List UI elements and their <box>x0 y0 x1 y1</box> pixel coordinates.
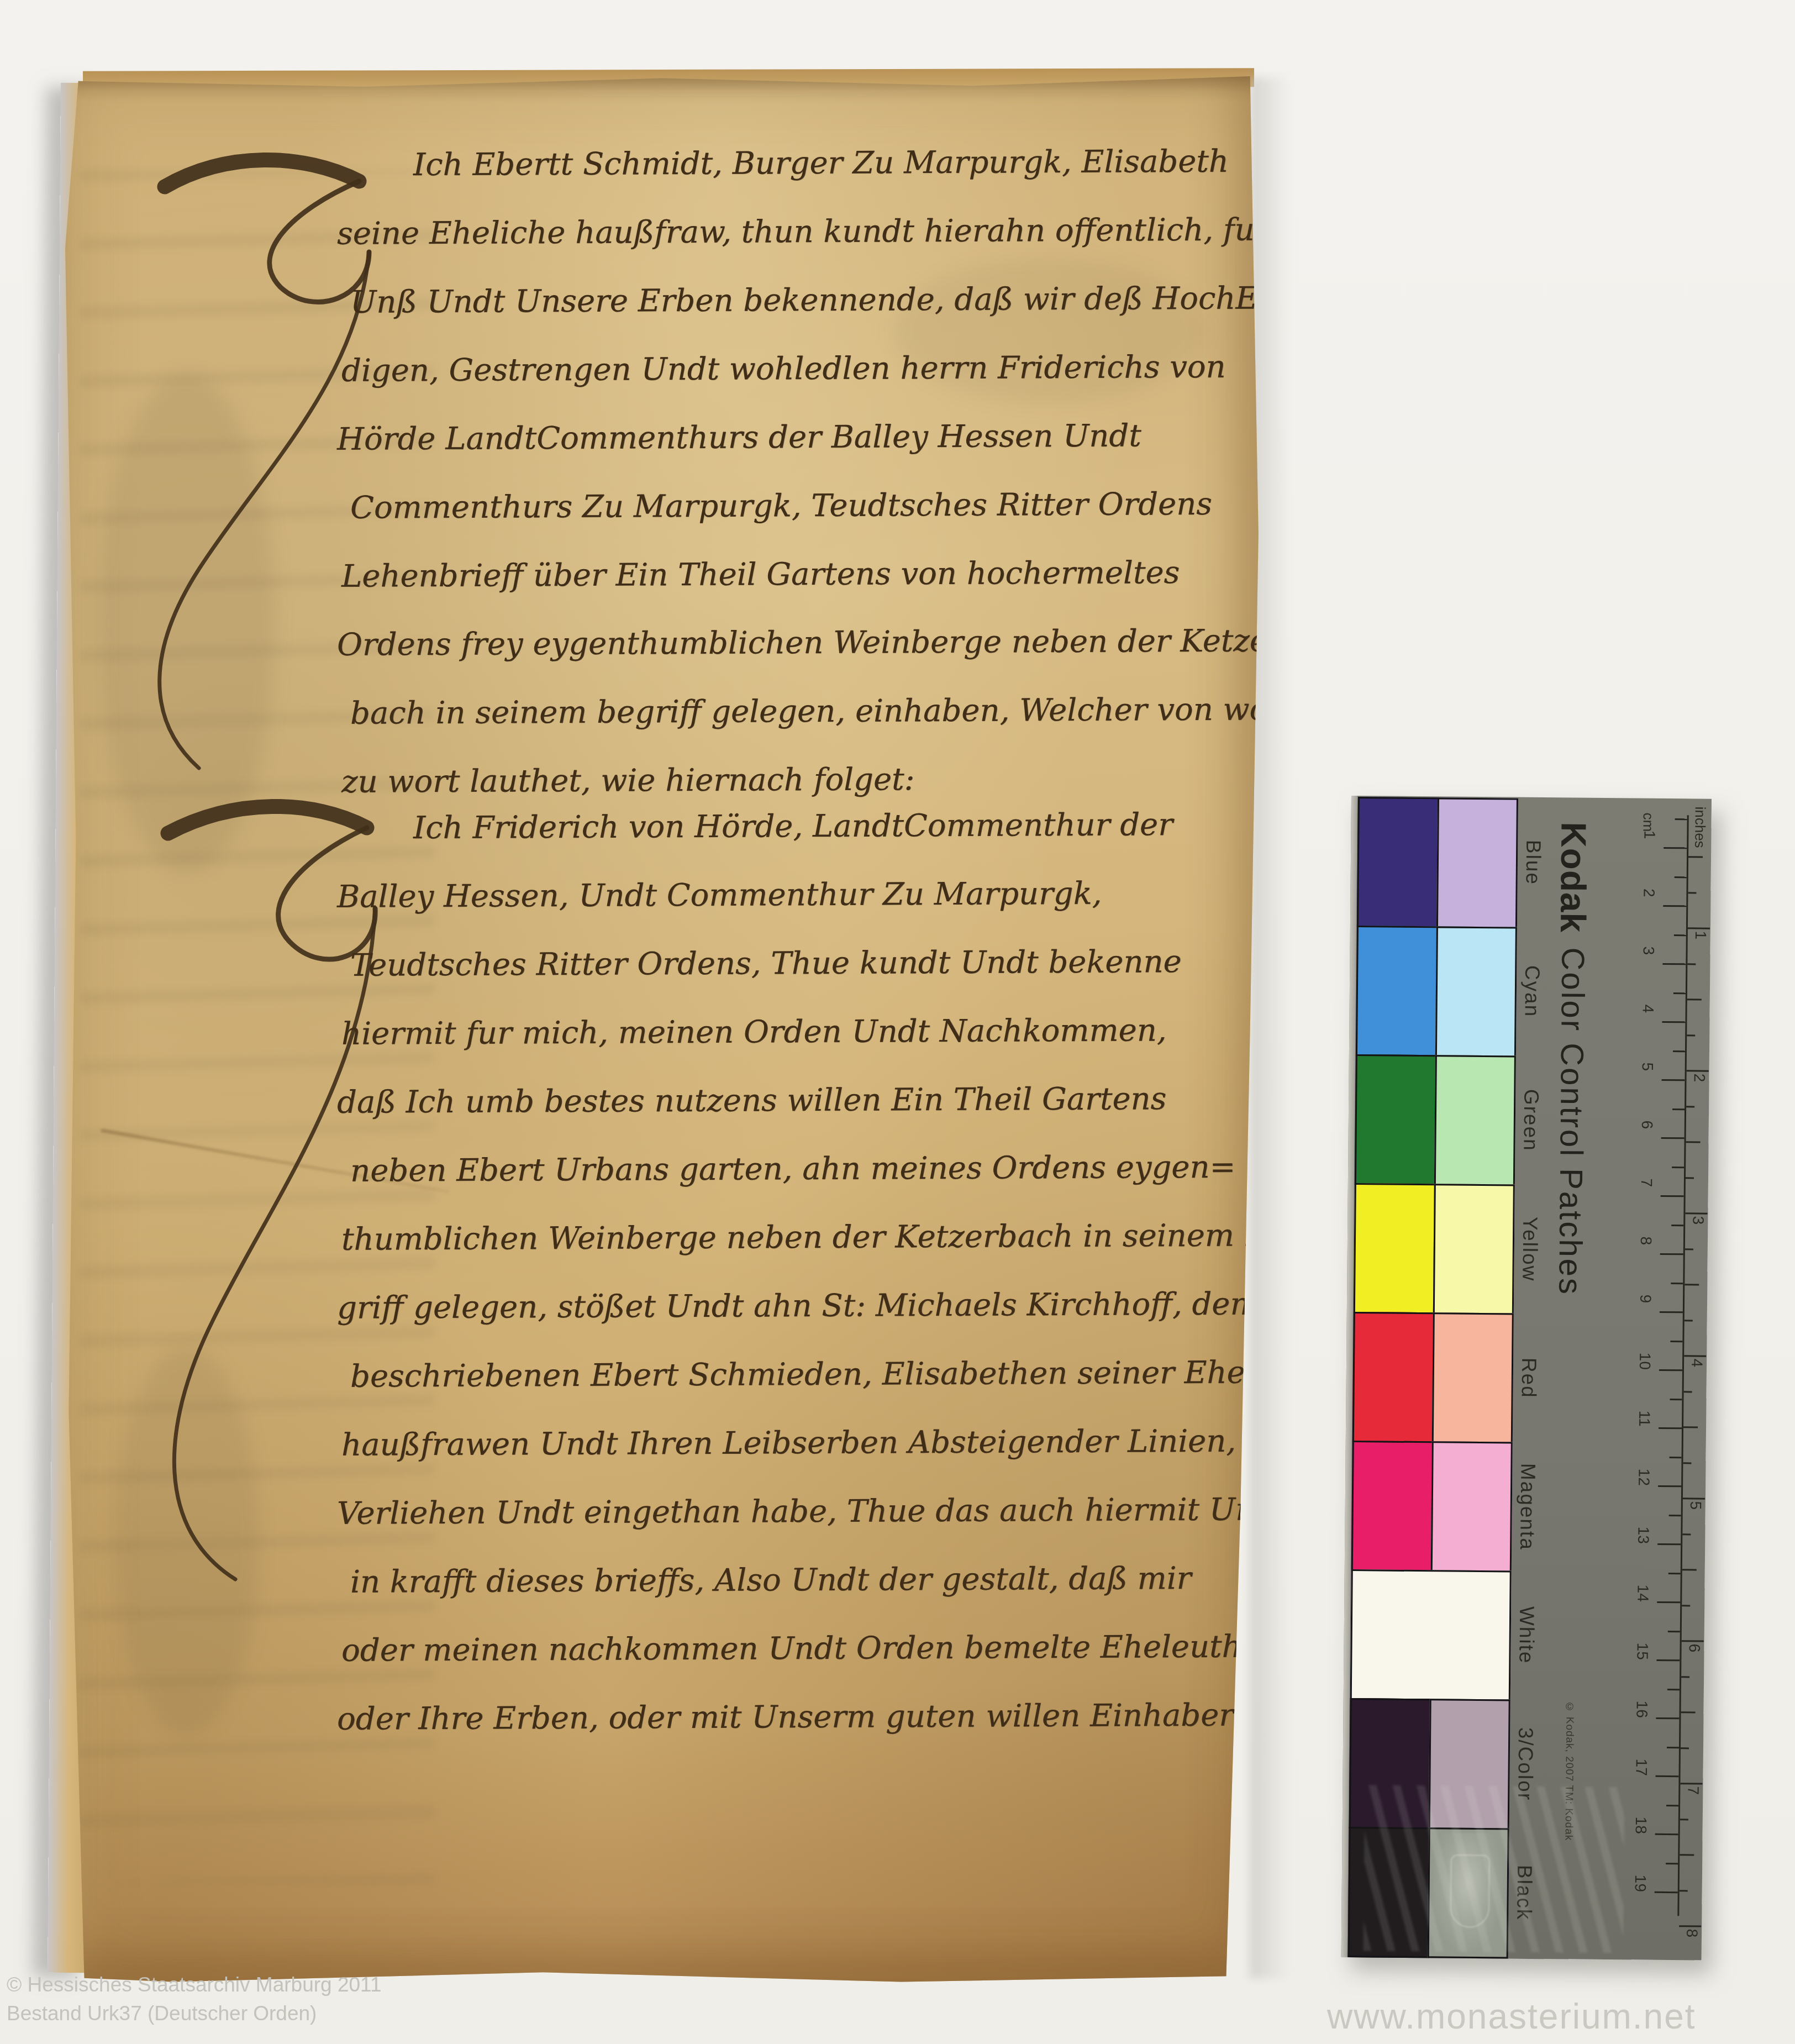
ruler-tick <box>1680 1854 1694 1856</box>
ruler-tick <box>1657 1601 1680 1603</box>
ruler-number: 17 <box>1633 1759 1650 1776</box>
ruler-tick <box>1681 1747 1689 1749</box>
ruler-tick <box>1666 1863 1678 1864</box>
color-patch-yellow <box>1433 1184 1515 1315</box>
ruler-number: 4 <box>1688 1358 1705 1367</box>
ruler-tick <box>1673 1050 1685 1052</box>
color-patch-black <box>1428 1827 1509 1958</box>
ruler-number: 15 <box>1633 1643 1651 1660</box>
ruler-tick <box>1662 1079 1685 1081</box>
ruler-tick <box>1687 1034 1695 1036</box>
color-patch-blue <box>1436 797 1518 928</box>
color-patch-black <box>1348 1827 1430 1958</box>
scan-background: Ich Ebertt Schmidt, Burger Zu Marpurgk, … <box>0 0 1795 2044</box>
manuscript-line: Teudtsches Ritter Ordens, Thue kundt Und… <box>350 927 1270 1000</box>
manuscript-line: bach in seinem begriff gelegen, einhaben… <box>350 675 1270 748</box>
manuscript-line: thumblichen Weinberge neben der Ketzerba… <box>341 1201 1270 1274</box>
ruler-number: 19 <box>1631 1874 1649 1891</box>
ruler-tick <box>1660 1311 1683 1313</box>
ruler-number: 8 <box>1683 1929 1701 1937</box>
patch-label-wrap: Black <box>1509 1828 1539 1957</box>
ruler-number: 16 <box>1633 1701 1650 1718</box>
manuscript-page: Ich Ebertt Schmidt, Burger Zu Marpurgk, … <box>65 76 1260 1984</box>
ruler-tick <box>1657 1543 1681 1545</box>
patch-label-wrap: Blue <box>1518 798 1548 927</box>
ruler-tick <box>1687 1070 1709 1071</box>
ruler-axis <box>1677 815 1688 1916</box>
ruler-tick <box>1667 1747 1679 1748</box>
ruler-tick <box>1683 1426 1698 1428</box>
ruler-number: 7 <box>1638 1179 1655 1187</box>
paper-stain <box>115 1347 259 1734</box>
manuscript-line: Hörde LandtCommenthurs der Balley Hessen… <box>337 401 1270 474</box>
manuscript-line: Ordens frey eygenthumblichen Weinberge n… <box>337 607 1270 679</box>
ruler-tick <box>1666 1805 1678 1806</box>
ruler-tick <box>1671 1225 1683 1226</box>
ruler-tick <box>1680 1819 1688 1820</box>
patch-label: Blue <box>1522 840 1545 885</box>
ruler-tick <box>1672 1167 1684 1168</box>
ruler-tick <box>1686 1106 1694 1107</box>
ruler-tick <box>1672 1108 1685 1110</box>
ruler-tick <box>1658 1485 1681 1487</box>
kodak-brand: Kodak <box>1553 822 1594 933</box>
card-title: Color Control Patches <box>1552 947 1591 1296</box>
ruler-tick <box>1662 963 1686 965</box>
color-patch-green <box>1355 1054 1437 1185</box>
manuscript-line: griff gelegen, stößet Undt ahn St: Micha… <box>337 1270 1270 1342</box>
ruler-number: 3 <box>1640 947 1657 955</box>
patch-label: Cyan <box>1520 965 1544 1018</box>
ruler-tick <box>1660 1253 1683 1255</box>
ruler-number: 11 <box>1635 1411 1653 1427</box>
patch-label-wrap: Red <box>1514 1313 1544 1442</box>
manuscript-line: Commenthurs Zu Marpurgk, Teudtsches Ritt… <box>350 470 1270 542</box>
ruler-number: 18 <box>1632 1817 1650 1834</box>
inch-scale: 12345678 <box>1636 798 1712 799</box>
patch-label: Yellow <box>1518 1216 1541 1281</box>
color-patch-white <box>1350 1569 1512 1701</box>
ruler-tick <box>1656 1775 1679 1777</box>
ruler-number: 13 <box>1634 1527 1652 1544</box>
color-patch-magenta <box>1351 1441 1434 1572</box>
ruler-tick <box>1656 1659 1680 1661</box>
ruler-tick <box>1655 1833 1678 1835</box>
ruler-tick <box>1662 1021 1685 1023</box>
ruler-number: 6 <box>1638 1121 1656 1129</box>
patch-label: 3/Color <box>1513 1727 1537 1801</box>
manuscript-line: neben Ebert Urbans garten, ahn meines Or… <box>350 1133 1270 1205</box>
ruler-tick <box>1659 1369 1682 1371</box>
color-patch-cyan <box>1435 926 1517 1057</box>
cm-scale: 12345678910111213141516171819 <box>1636 798 1712 799</box>
patch-label: Red <box>1517 1357 1540 1398</box>
ruler-number: 5 <box>1639 1063 1656 1071</box>
ruler-tick <box>1685 1320 1693 1321</box>
color-patch-3/color <box>1429 1699 1510 1830</box>
color-patch-green <box>1434 1055 1516 1186</box>
color-patch-yellow <box>1354 1183 1436 1314</box>
ruler-tick <box>1688 927 1710 929</box>
manuscript-line: oder Ihre Erben, oder mit Unserm guten w… <box>337 1681 1270 1753</box>
ruler-tick <box>1686 1177 1694 1179</box>
ruler-number: 10 <box>1636 1353 1654 1370</box>
manuscript-line: in krafft dieses brieffs, Also Undt der … <box>350 1544 1270 1616</box>
ruler-tick <box>1682 1605 1690 1606</box>
ruler-tick <box>1667 1689 1680 1690</box>
manuscript-line: Balley Hessen, Undt Commenthur Zu Marpur… <box>337 859 1270 931</box>
ruler-tick <box>1679 1925 1701 1927</box>
ruler-tick <box>1680 1783 1702 1784</box>
ruler-tick <box>1688 892 1696 894</box>
manuscript-line: Verliehen Undt eingethan habe, Thue das … <box>337 1475 1270 1548</box>
ruler-number: 3 <box>1689 1216 1707 1225</box>
ruler-tick <box>1664 847 1687 849</box>
ruler-number: 12 <box>1635 1469 1652 1486</box>
ruler-number: 1 <box>1640 831 1658 839</box>
ruler-tick <box>1687 999 1702 1000</box>
color-patch-magenta <box>1431 1441 1513 1572</box>
ruler-tick <box>1680 1890 1688 1891</box>
ruler-tick <box>1674 934 1686 936</box>
patch-label-wrap: 3/Color <box>1510 1700 1540 1828</box>
ruler-tick <box>1673 992 1686 994</box>
ruler-tick <box>1668 1631 1680 1632</box>
ruler-number: 8 <box>1637 1237 1655 1246</box>
paper-shadow <box>1250 77 1299 1978</box>
paragraph: Ich Friderich von Hörde, LandtCommenthur… <box>341 792 1270 1752</box>
ruler-tick <box>1670 1457 1682 1458</box>
ruler: cm inches 12345678910111213141516171819 … <box>1626 798 1712 1961</box>
manuscript-line: Ich Ebertt Schmidt, Burger Zu Marpurgk, … <box>341 127 1270 199</box>
ruler-tick <box>1688 856 1703 858</box>
ruler-tick <box>1685 1212 1707 1214</box>
manuscript-line: beschriebenen Ebert Schmieden, Elisabeth… <box>350 1338 1270 1411</box>
manuscript-line: daß Ich umb bestes nutzens willen Ein Th… <box>337 1064 1270 1137</box>
copyright-line: Bestand Urk37 (Deutscher Orden) <box>7 1999 381 2028</box>
ruler-tick <box>1675 876 1687 878</box>
manuscript-line: hiermit fur mich, meinen Orden Undt Nach… <box>341 996 1270 1068</box>
ruler-number: 1 <box>1692 931 1709 939</box>
manuscript-line: Lehenbrieff über Ein Theil Gartens von h… <box>341 538 1270 611</box>
ruler-tick <box>1669 1515 1681 1516</box>
patch-label: Green <box>1519 1089 1543 1152</box>
patch-label: Magenta <box>1515 1463 1539 1550</box>
ruler-number: 7 <box>1684 1786 1702 1795</box>
ruler-number: 4 <box>1639 1005 1657 1013</box>
manuscript-line: seine Eheliche haußfraw, thun kundt hier… <box>337 196 1270 268</box>
ruler-tick <box>1682 1640 1704 1642</box>
ruler-tick <box>1682 1569 1697 1570</box>
manuscript-line: oder meinen nachkommen Undt Orden bemelt… <box>341 1612 1270 1685</box>
ruler-tick <box>1675 818 1687 820</box>
color-patches: BlueCyanGreenYellowRedMagentaWhite3/Colo… <box>1341 797 1518 1958</box>
ruler-number: 6 <box>1685 1643 1703 1652</box>
ruler-tick <box>1683 1497 1705 1499</box>
patch-label-wrap: Green <box>1516 1056 1546 1185</box>
color-patch-red <box>1352 1312 1435 1443</box>
copyright-line: © Hessisches Staatsarchiv Marburg 2011 <box>7 1971 381 1999</box>
ruler-tick <box>1670 1399 1682 1400</box>
archive-stamp <box>1433 1832 1504 1953</box>
watermark: www.monasterium.net <box>1327 1996 1696 2037</box>
kodak-fineprint: © Kodak, 2007 TM: Kodak <box>1562 1701 1576 1841</box>
color-patch-3/color <box>1349 1698 1431 1829</box>
ruler-number: 9 <box>1636 1295 1654 1304</box>
kodak-color-card: BlueCyanGreenYellowRedMagentaWhite3/Colo… <box>1341 796 1712 1961</box>
patch-label-wrap: Cyan <box>1517 927 1547 1056</box>
ruler-tick <box>1661 1137 1685 1139</box>
ruler-tick <box>1661 1195 1684 1197</box>
ruler-tick <box>1685 1284 1699 1285</box>
ruler-number: 14 <box>1634 1585 1651 1602</box>
ruler-tick <box>1659 1427 1682 1429</box>
inch-unit-label: inches <box>1691 806 1709 848</box>
color-patch-red <box>1432 1312 1514 1443</box>
ruler-tick <box>1682 1533 1691 1535</box>
ruler-tick <box>1656 1717 1679 1719</box>
ruler-tick <box>1655 1891 1678 1893</box>
ruler-number: 5 <box>1687 1501 1704 1510</box>
manuscript-line: Unß Undt Unsere Erben bekennende, daß wi… <box>350 264 1270 337</box>
patch-label-wrap: Yellow <box>1515 1185 1545 1313</box>
ruler-tick <box>1684 1391 1692 1393</box>
ruler-tick <box>1671 1283 1683 1284</box>
copyright-note: © Hessisches Staatsarchiv Marburg 2011 B… <box>7 1971 381 2028</box>
cm-unit-label: cm <box>1639 813 1656 832</box>
ruler-tick <box>1681 1711 1696 1713</box>
ruler-tick <box>1686 1141 1701 1143</box>
ruler-tick <box>1687 963 1696 965</box>
ruler-tick <box>1670 1341 1682 1342</box>
ruler-tick <box>1684 1355 1706 1357</box>
ruler-tick <box>1681 1676 1689 1678</box>
manuscript-line: Ich Friderich von Hörde, LandtCommenthur… <box>341 790 1270 863</box>
color-patch-cyan <box>1356 926 1438 1057</box>
ruler-number: 2 <box>1691 1073 1708 1082</box>
kodak-logo: KodakColor Control Patches <box>1549 822 1594 1296</box>
paper-stain <box>98 375 275 872</box>
paragraph: Ich Ebertt Schmidt, Burger Zu Marpurgk, … <box>341 129 1270 815</box>
ruler-tick <box>1668 1573 1681 1574</box>
color-patch-blue <box>1357 797 1439 928</box>
patch-label-wrap: Magenta <box>1513 1442 1543 1571</box>
patch-label: White <box>1514 1606 1538 1664</box>
patch-label: Black <box>1512 1865 1536 1921</box>
patch-label-wrap: White <box>1512 1571 1541 1700</box>
ruler-tick <box>1683 1462 1691 1464</box>
ruler-number: 2 <box>1640 889 1657 897</box>
ruler-tick <box>1663 905 1686 907</box>
manuscript-line: haußfrawen Undt Ihren Leibserben Absteig… <box>341 1407 1270 1479</box>
manuscript-line: digen, Gestrengen Undt wohledlen herrn F… <box>341 333 1270 405</box>
ruler-tick <box>1685 1248 1693 1250</box>
